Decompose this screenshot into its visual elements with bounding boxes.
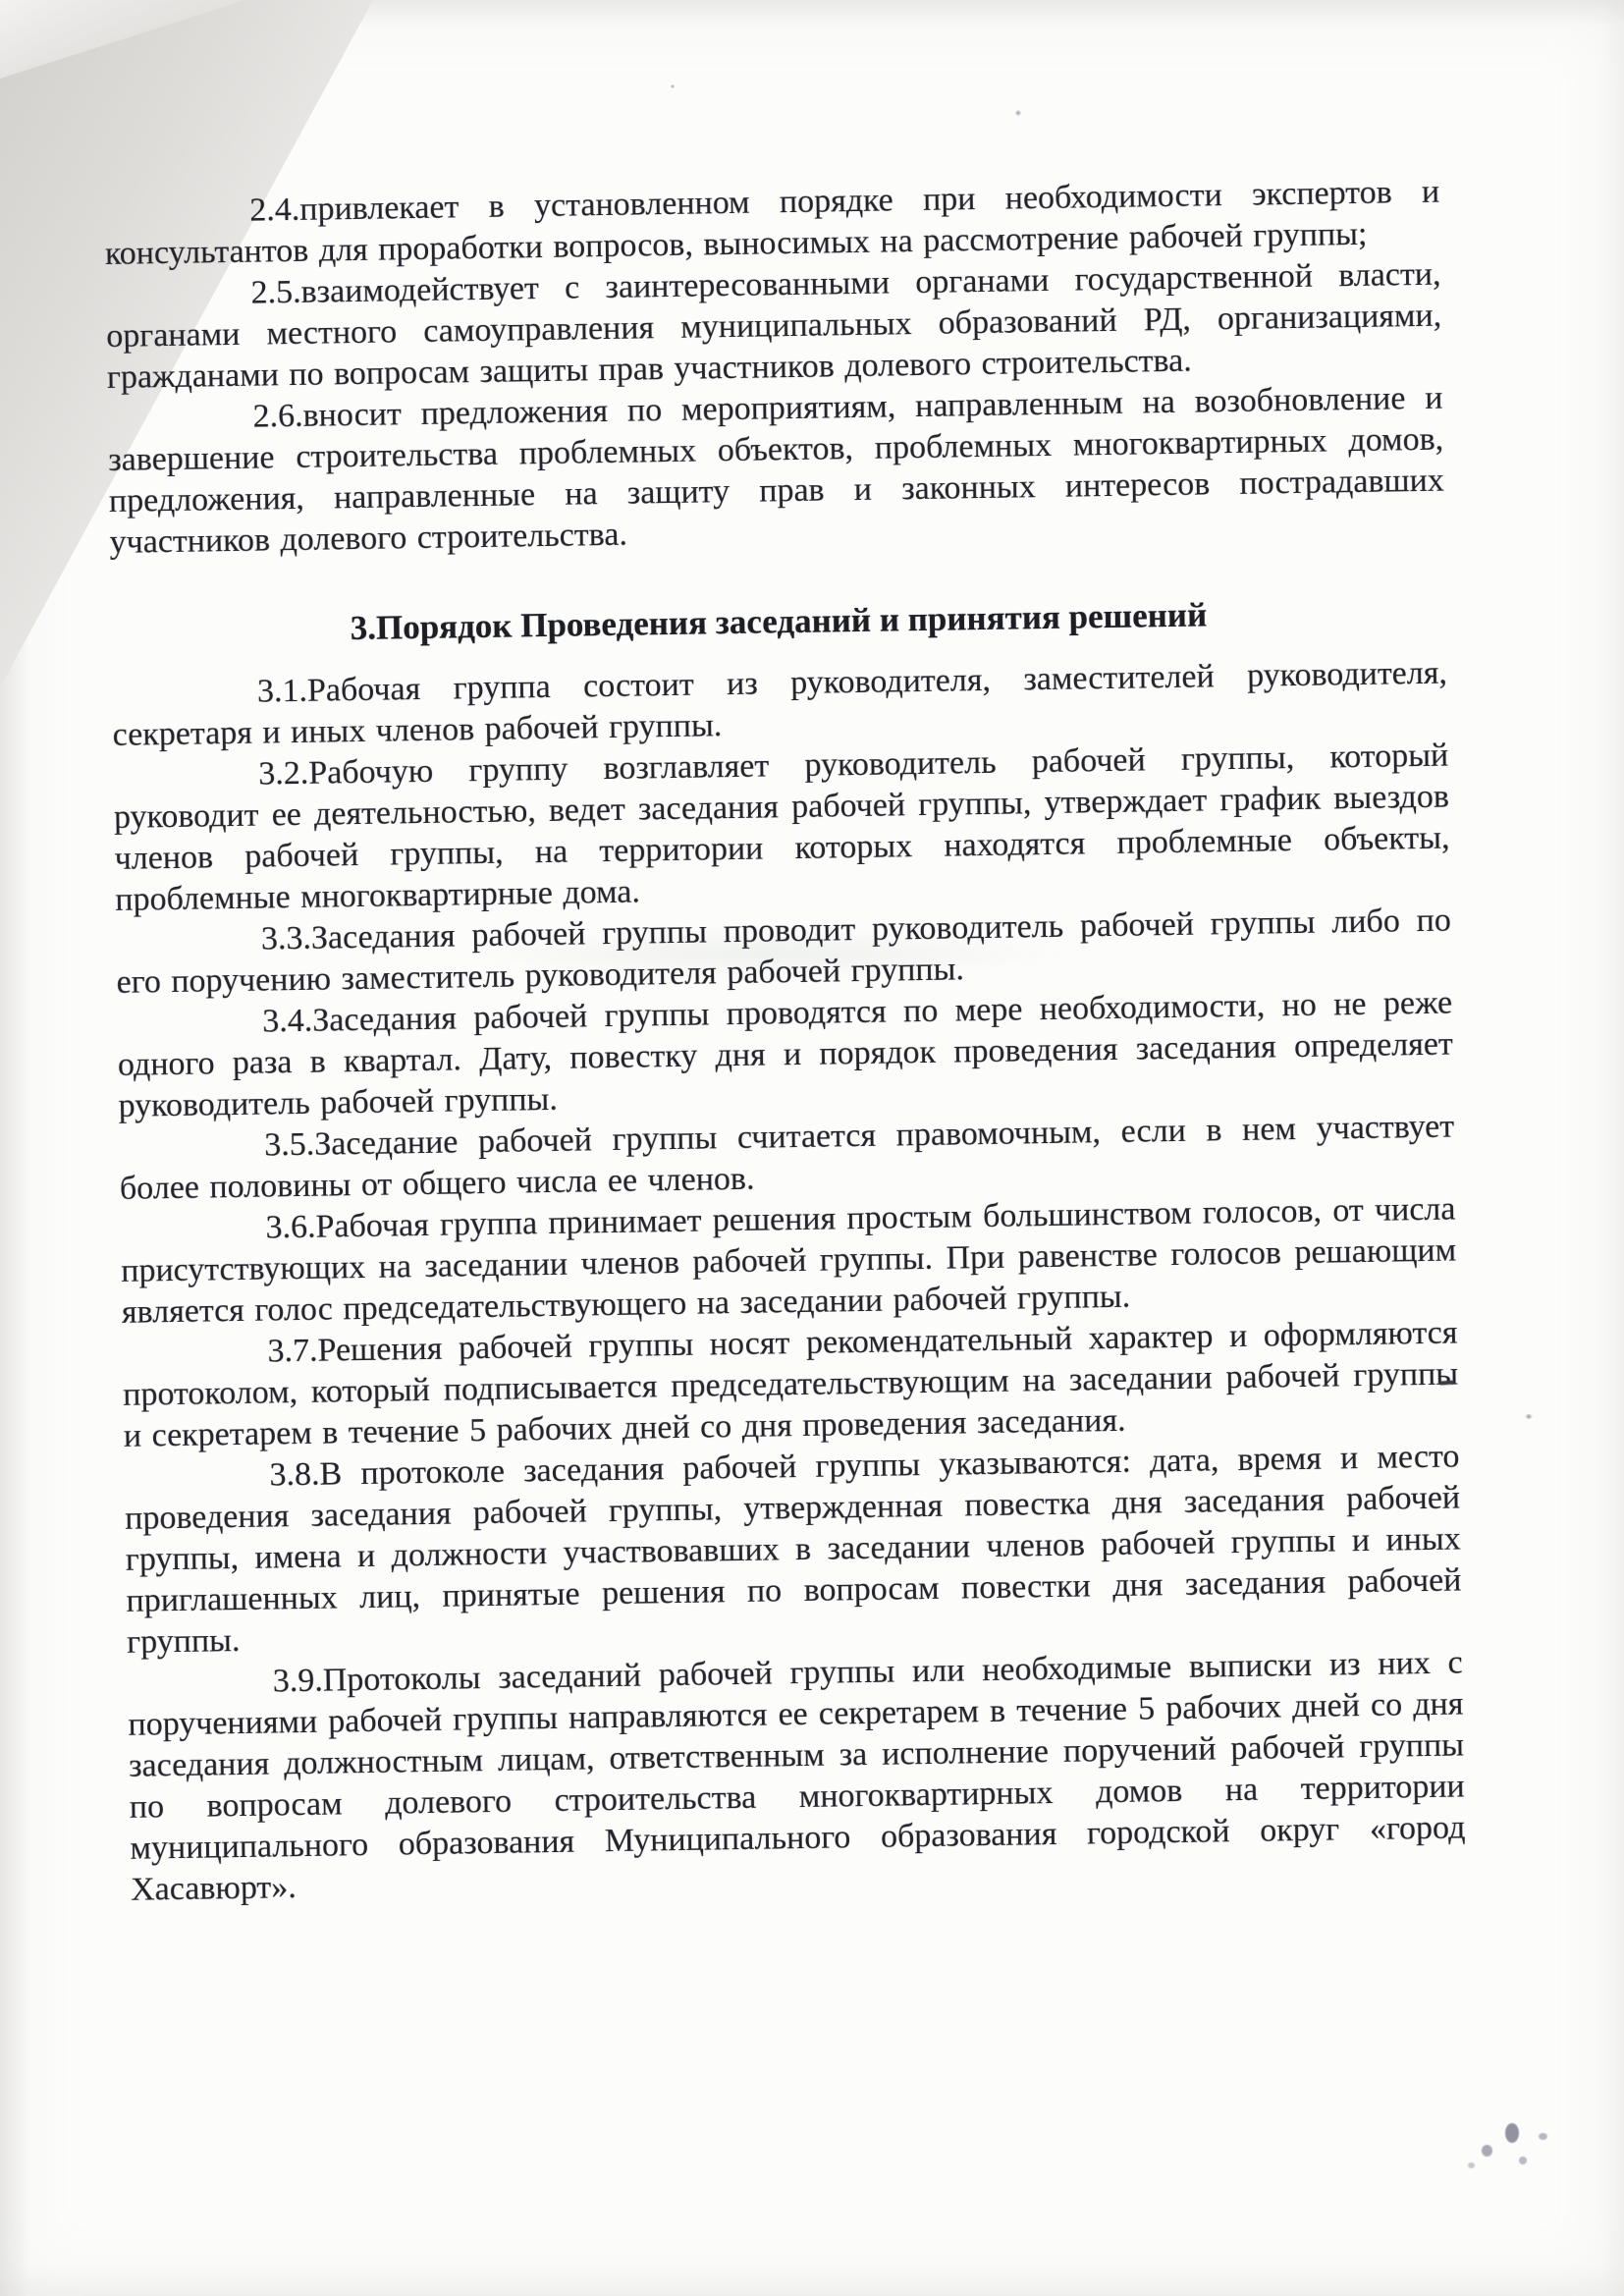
paragraph-3-6: 3.6.Рабочая группа принимает решения про…: [120, 1189, 1457, 1334]
paragraph-3-7: 3.7.Решения рабочей группы носят рекомен…: [122, 1312, 1459, 1456]
paragraph-3-2: 3.2.Рабочую группу возглавляет руководит…: [113, 736, 1450, 921]
paragraph-2-6: 2.6.вносит предложения по мероприятиям, …: [107, 378, 1444, 564]
scan-speck: [1525, 1414, 1533, 1419]
paragraph-3-4: 3.4.Заседания рабочей группы проводятся …: [117, 983, 1454, 1127]
scan-speck: [671, 84, 675, 88]
section-3-heading: 3.Порядок Проведения заседаний и приняти…: [111, 590, 1447, 654]
paragraph-3-8: 3.8.В протоколе заседания рабочей группы…: [124, 1436, 1462, 1663]
scan-speck: [1015, 110, 1021, 116]
scanned-document-page: 2.4.привлекает в установленном порядке п…: [0, 0, 1624, 2296]
paragraph-2-5: 2.5.взаимодействует с заинтересованными …: [105, 254, 1442, 399]
paragraph-3-9: 3.9.Протоколы заседаний рабочей группы и…: [128, 1642, 1467, 1910]
ink-speck-cluster: [1468, 2111, 1576, 2190]
page-corner-fold-highlight: [0, 0, 255, 88]
document-content: 2.4.привлекает в установленном порядке п…: [104, 172, 1466, 1911]
